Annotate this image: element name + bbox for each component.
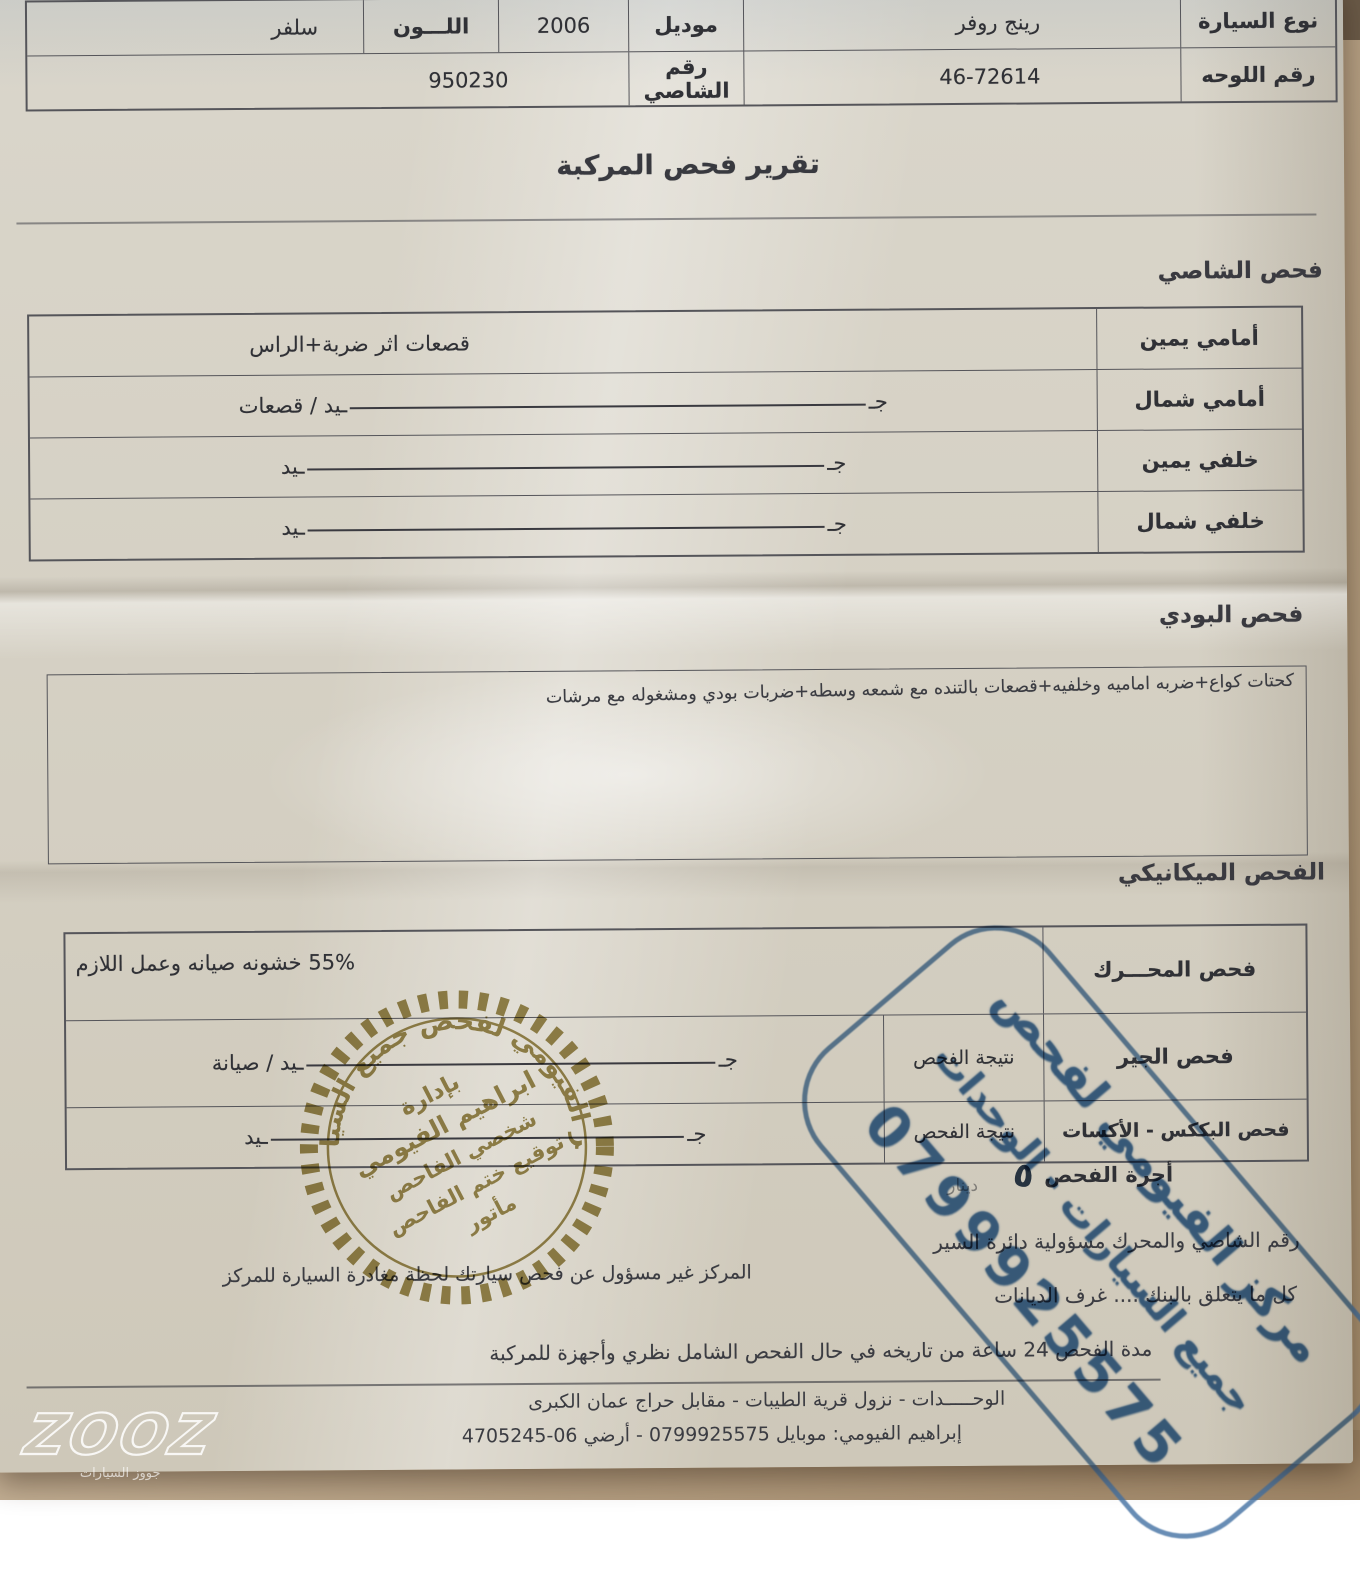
chassis-row-front-left: أمامي شمال جـ ـيد / قصعات [30, 369, 1302, 439]
chassis-row-rear-right: خلفي يمين جـ ـيد [30, 430, 1302, 500]
color-value: سلفر [27, 0, 363, 55]
zooz-logo: ZOOZ [20, 1408, 220, 1464]
plate-value: 46-72614 [743, 48, 1180, 104]
chassis-inspection-table: أمامي يمين قصعات اثر ضربة+الراس أمامي شم… [27, 306, 1305, 562]
vehicle-info-table: نوع السيارة رينج روفر موديل 2006 اللـــو… [25, 0, 1338, 111]
engine-check-row: فحص المحـــرك 55% خشونه صيانه وعمل اللاز… [65, 926, 1306, 1022]
vehicle-type-label: نوع السيارة [1180, 0, 1335, 47]
stretch-line [350, 404, 865, 410]
chassis-number-label: رقم الشاصي [628, 51, 743, 105]
value-prefix: جـ [719, 1048, 738, 1072]
report-title: تقرير فحص المركبة [0, 145, 1360, 186]
stretch-line [308, 465, 825, 471]
value-suffix: ـيد / قصعات [239, 393, 348, 418]
chassis-section-heading: فحص الشاصي [1158, 257, 1323, 284]
zooz-watermark: ZOOZ جووز السيارات [26, 1408, 214, 1481]
vehicle-type-value: رينج روفر [743, 0, 1180, 50]
front-left-label: أمامي شمال [1097, 369, 1302, 430]
value-suffix: ـيد [244, 1125, 268, 1149]
front-right-value: قصعات اثر ضربة+الراس [29, 309, 1096, 376]
value-prefix: جـ [687, 1122, 706, 1146]
value-prefix: جـ [828, 512, 847, 536]
rear-left-value: جـ ـيد [30, 492, 1097, 559]
value-prefix: جـ [827, 451, 846, 475]
rear-right-value: جـ ـيد [30, 431, 1097, 498]
model-value: 2006 [498, 0, 628, 52]
model-label: موديل [628, 0, 743, 51]
value-suffix: ـيد [281, 516, 305, 540]
vehicle-row-2: رقم اللوحه 46-72614 رقم الشاصي 950230 [27, 47, 1335, 109]
rear-right-label: خلفي يمين [1097, 430, 1302, 491]
front-right-label: أمامي يمين [1096, 308, 1301, 369]
zooz-caption: جووز السيارات [26, 1466, 214, 1481]
stretch-line [308, 526, 825, 532]
body-section-heading: فحص البودي [1159, 602, 1303, 629]
mechanical-section-heading: الفحص الميكانيكي [1118, 859, 1325, 886]
body-inspection-box: كحتات كواع+ضربه اماميه وخلفيه+قصعات بالت… [47, 666, 1308, 865]
front-left-value: جـ ـيد / قصعات [30, 370, 1097, 437]
round-inspection-stamp: مركز الفيومي لفحص جميع السيارات بإدارة ا… [286, 976, 628, 1318]
chassis-row-rear-left: خلفي شمال جـ ـيد [30, 491, 1302, 560]
value-prefix: جـ [869, 389, 888, 413]
footer-contact: إبراهيم الفيومي: موبايل 0799925575 - أرض… [372, 1421, 1052, 1448]
rear-left-label: خلفي شمال [1097, 491, 1302, 552]
body-inspection-note: كحتات كواع+ضربه اماميه وخلفيه+قصعات بالت… [545, 671, 1294, 708]
document-paper: نوع السيارة رينج روفر موديل 2006 اللـــو… [0, 0, 1353, 1473]
chassis-row-front-right: أمامي يمين قصعات اثر ضربة+الراس [29, 308, 1301, 378]
value-suffix: ـيد [281, 455, 305, 479]
color-label: اللـــون [363, 0, 498, 53]
chassis-number-value: 950230 [27, 52, 628, 109]
title-divider [16, 213, 1316, 224]
plate-label: رقم اللوحه [1180, 47, 1335, 101]
